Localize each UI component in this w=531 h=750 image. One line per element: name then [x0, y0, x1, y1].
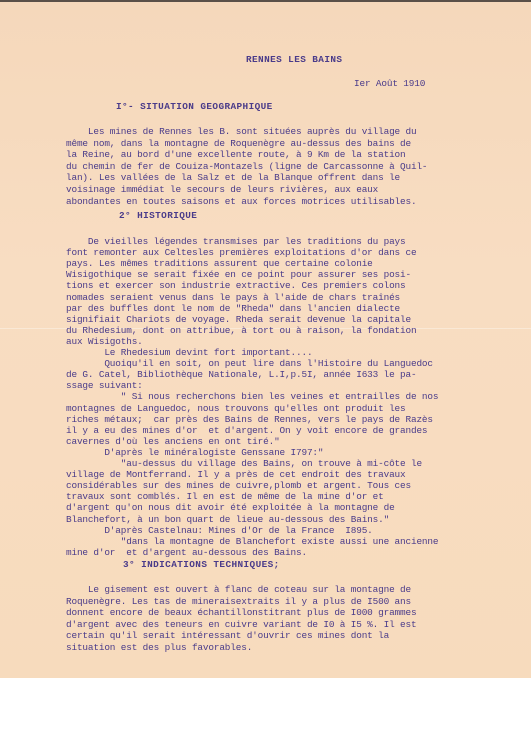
text-line: aux Wisigoths. — [66, 336, 143, 348]
text-line: Le gisement est ouvert à flanc de coteau… — [66, 584, 411, 596]
text-line: D'après le minéralogiste Genssane I797:" — [66, 447, 323, 459]
text-line: Wisigothique se serait fixée en ce point… — [66, 269, 411, 281]
text-line: du Rhedesium, dont on attribue, à tort o… — [66, 325, 416, 337]
text-line: situation est des plus favorables. — [66, 642, 252, 654]
text-line: mine d'or et d'argent au-dessous des Bai… — [66, 547, 307, 559]
text-line: Les mines de Rennes les B. sont situées … — [66, 126, 416, 138]
text-line: village de Montferrand. Il y a près de c… — [66, 469, 406, 481]
text-line: "au-dessus du village des Bains, on trou… — [66, 458, 422, 470]
section-heading-3: 3° INDICATIONS TECHNIQUES; — [123, 559, 280, 571]
text-line: certain qu'il serait intéressant d'ouvri… — [66, 630, 389, 642]
text-line: abondantes en toutes saisons et aux forc… — [66, 196, 416, 208]
text-line: du chemin de fer de Couiza-Montazels (li… — [66, 161, 427, 173]
text-line: "dans la montagne de Blanchefort existe … — [66, 536, 438, 548]
text-line: pays. Les mêmes traditions assurent que … — [66, 258, 373, 270]
document-date: Ier Août 1910 — [354, 78, 425, 90]
text-line: " Si nous recherchons bien les veines et… — [66, 391, 438, 403]
text-line: lan). Les vallées de la Salz et de la Bl… — [66, 172, 400, 184]
text-line: Roquenègre. Les tas de mineraisextraits … — [66, 596, 411, 608]
section-heading-1: I°- SITUATION GEOGRAPHIQUE — [116, 101, 273, 113]
document-title: RENNES LES BAINS — [246, 54, 342, 66]
text-line: montagnes de Languedoc, nous trouvons qu… — [66, 403, 406, 415]
text-line: travaux sont comblés. Il en est de même … — [66, 491, 384, 503]
text-line: signifiait Chariots de voyage. Rheda ser… — [66, 314, 411, 326]
text-line: D'après Castelnau: Mines d'Or de la Fran… — [66, 525, 373, 537]
text-line: voisinage immédiat le secours de leurs r… — [66, 184, 378, 196]
text-line: nomades seraient venus dans le pays à l'… — [66, 292, 400, 304]
text-line: font remonter aux Celtesles premières ex… — [66, 247, 416, 259]
text-line: riches métaux; car près des Bains de Ren… — [66, 414, 433, 426]
text-line: cavernes d'où les anciens en ont tiré." — [66, 436, 280, 448]
section-heading-2: 2° HISTORIQUE — [119, 210, 197, 222]
text-line: d'argent qu'on nous dit avoir été exploi… — [66, 502, 395, 514]
text-line: tions et exercer son industrie extractiv… — [66, 280, 406, 292]
text-line: De vieilles légendes transmises par les … — [66, 236, 406, 248]
text-line: donnent encore de beaux échantillonstitr… — [66, 607, 416, 619]
text-line: Le Rhedesium devint fort important.... — [66, 347, 312, 359]
text-line: considérables sur des mines de cuivre,pl… — [66, 480, 411, 492]
text-line: de G. Catel, Bibliothèque Nationale, L.I… — [66, 369, 416, 381]
text-line: même nom, dans la montagne de Roquenègre… — [66, 138, 411, 150]
text-line: Quoiqu'il en soit, on peut lire dans l'H… — [66, 358, 433, 370]
typewritten-page: RENNES LES BAINS Ier Août 1910 I°- SITUA… — [0, 0, 531, 678]
text-line: la Reine, au bord d'une excellente route… — [66, 149, 406, 161]
text-line: par des buffles dont le nom de "Rheda" d… — [66, 303, 400, 315]
text-line: il y a eu des mines d'or et d'argent. On… — [66, 425, 427, 437]
text-line: d'argent avec des teneurs en cuivre vari… — [66, 619, 416, 631]
text-line: ssage suivant: — [66, 380, 143, 392]
text-line: Blanchefort, à un bon quart de lieue au-… — [66, 514, 389, 526]
